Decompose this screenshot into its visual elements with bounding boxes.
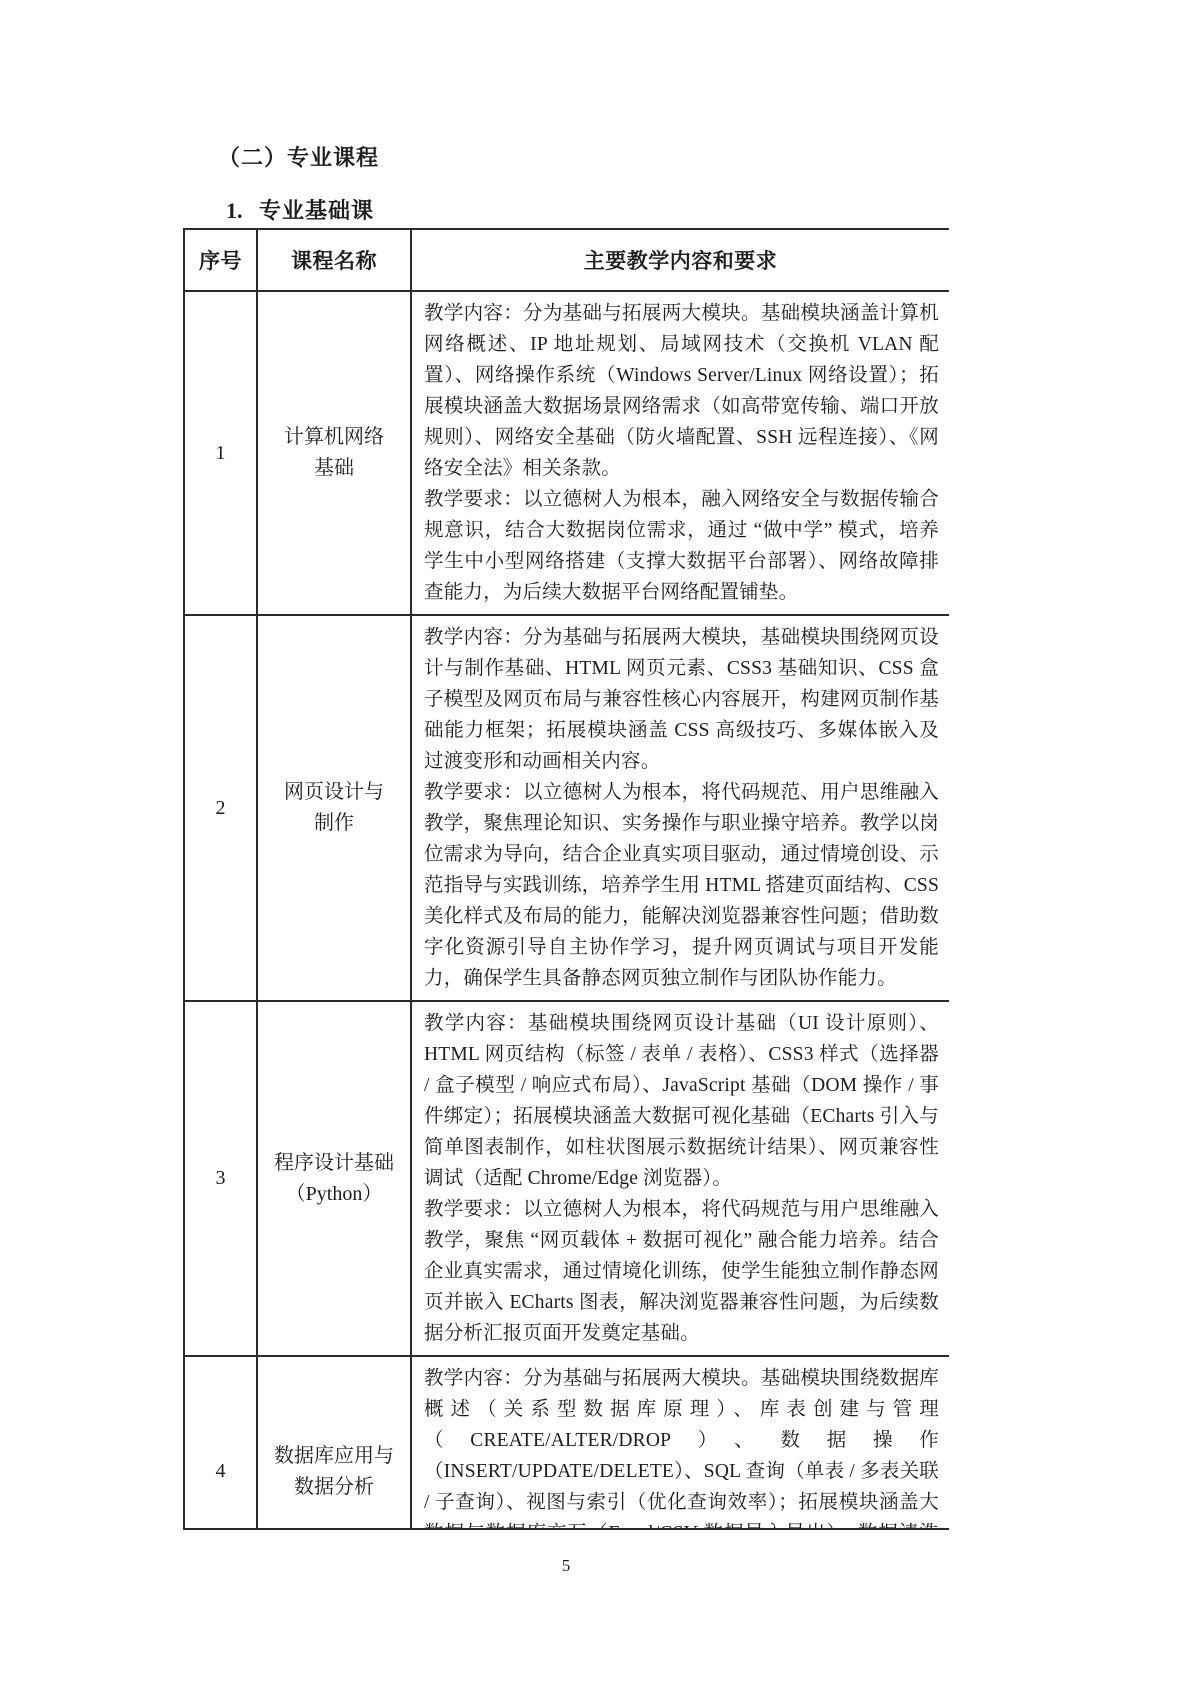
table-row: 2网页设计与 制作教学内容：分为基础与拓展两大模块，基础模块围绕网页设计与制作基… bbox=[184, 615, 949, 1001]
content-paragraph: 教学内容：分为基础与拓展两大模块，基础模块围绕网页设计与制作基础、HTML 网页… bbox=[424, 622, 939, 777]
content-paragraph: 教学内容：分为基础与拓展两大模块。基础模块围绕数据库概述（关系型数据库原理）、库… bbox=[424, 1363, 939, 1530]
table-body: 1计算机网络 基础教学内容：分为基础与拓展两大模块。基础模块涵盖计算机网络概述、… bbox=[184, 291, 949, 1530]
row-index-cell: 4 bbox=[184, 1356, 257, 1530]
col-header-index: 序号 bbox=[184, 229, 257, 291]
course-name-cell: 计算机网络 基础 bbox=[257, 291, 411, 615]
course-name-cell: 程序设计基础 （Python） bbox=[257, 1001, 411, 1356]
section-heading: （二）专业课程 bbox=[218, 143, 1191, 172]
document-page: （二）专业课程 1. 专业基础课 序号 课程名称 主要教学内容和要求 1计算机网… bbox=[0, 143, 1191, 1576]
course-content-cell: 教学内容：基础模块围绕网页设计基础（UI 设计原则）、HTML 网页结构（标签 … bbox=[411, 1001, 949, 1356]
row-index-cell: 2 bbox=[184, 615, 257, 1001]
content-paragraph: 教学要求：以立德树人为根本，将代码规范与用户思维融入教学，聚焦 “网页载体 + … bbox=[424, 1194, 939, 1349]
course-name-cell: 数据库应用与 数据分析 bbox=[257, 1356, 411, 1530]
course-content-cell: 教学内容：分为基础与拓展两大模块。基础模块围绕数据库概述（关系型数据库原理）、库… bbox=[411, 1356, 949, 1530]
table-header: 序号 课程名称 主要教学内容和要求 bbox=[184, 229, 949, 291]
content-paragraph: 教学内容：分为基础与拓展两大模块。基础模块涵盖计算机网络概述、IP 地址规划、局… bbox=[424, 298, 939, 484]
table-header-row: 序号 课程名称 主要教学内容和要求 bbox=[184, 229, 949, 291]
table-page-clip: 序号 课程名称 主要教学内容和要求 1计算机网络 基础教学内容：分为基础与拓展两… bbox=[183, 228, 949, 1530]
col-header-course-name: 课程名称 bbox=[257, 229, 411, 291]
course-table: 序号 课程名称 主要教学内容和要求 1计算机网络 基础教学内容：分为基础与拓展两… bbox=[183, 228, 949, 1530]
row-index-cell: 3 bbox=[184, 1001, 257, 1356]
col-header-content: 主要教学内容和要求 bbox=[411, 229, 949, 291]
subsection-heading: 1. 专业基础课 bbox=[226, 196, 1191, 225]
table-row: 4数据库应用与 数据分析教学内容：分为基础与拓展两大模块。基础模块围绕数据库概述… bbox=[184, 1356, 949, 1530]
table-row: 3程序设计基础 （Python）教学内容：基础模块围绕网页设计基础（UI 设计原… bbox=[184, 1001, 949, 1356]
subsection-number: 1. bbox=[226, 196, 243, 225]
row-index-cell: 1 bbox=[184, 291, 257, 615]
content-paragraph: 教学要求：以立德树人为根本，将代码规范、用户思维融入教学，聚焦理论知识、实务操作… bbox=[424, 777, 939, 994]
content-paragraph: 教学内容：基础模块围绕网页设计基础（UI 设计原则）、HTML 网页结构（标签 … bbox=[424, 1008, 939, 1194]
page-number: 5 bbox=[183, 1556, 949, 1576]
content-paragraph: 教学要求：以立德树人为根本，融入网络安全与数据传输合规意识，结合大数据岗位需求，… bbox=[424, 484, 939, 608]
subsection-title: 专业基础课 bbox=[259, 196, 374, 225]
course-content-cell: 教学内容：分为基础与拓展两大模块。基础模块涵盖计算机网络概述、IP 地址规划、局… bbox=[411, 291, 949, 615]
course-name-cell: 网页设计与 制作 bbox=[257, 615, 411, 1001]
course-content-cell: 教学内容：分为基础与拓展两大模块，基础模块围绕网页设计与制作基础、HTML 网页… bbox=[411, 615, 949, 1001]
table-row: 1计算机网络 基础教学内容：分为基础与拓展两大模块。基础模块涵盖计算机网络概述、… bbox=[184, 291, 949, 615]
